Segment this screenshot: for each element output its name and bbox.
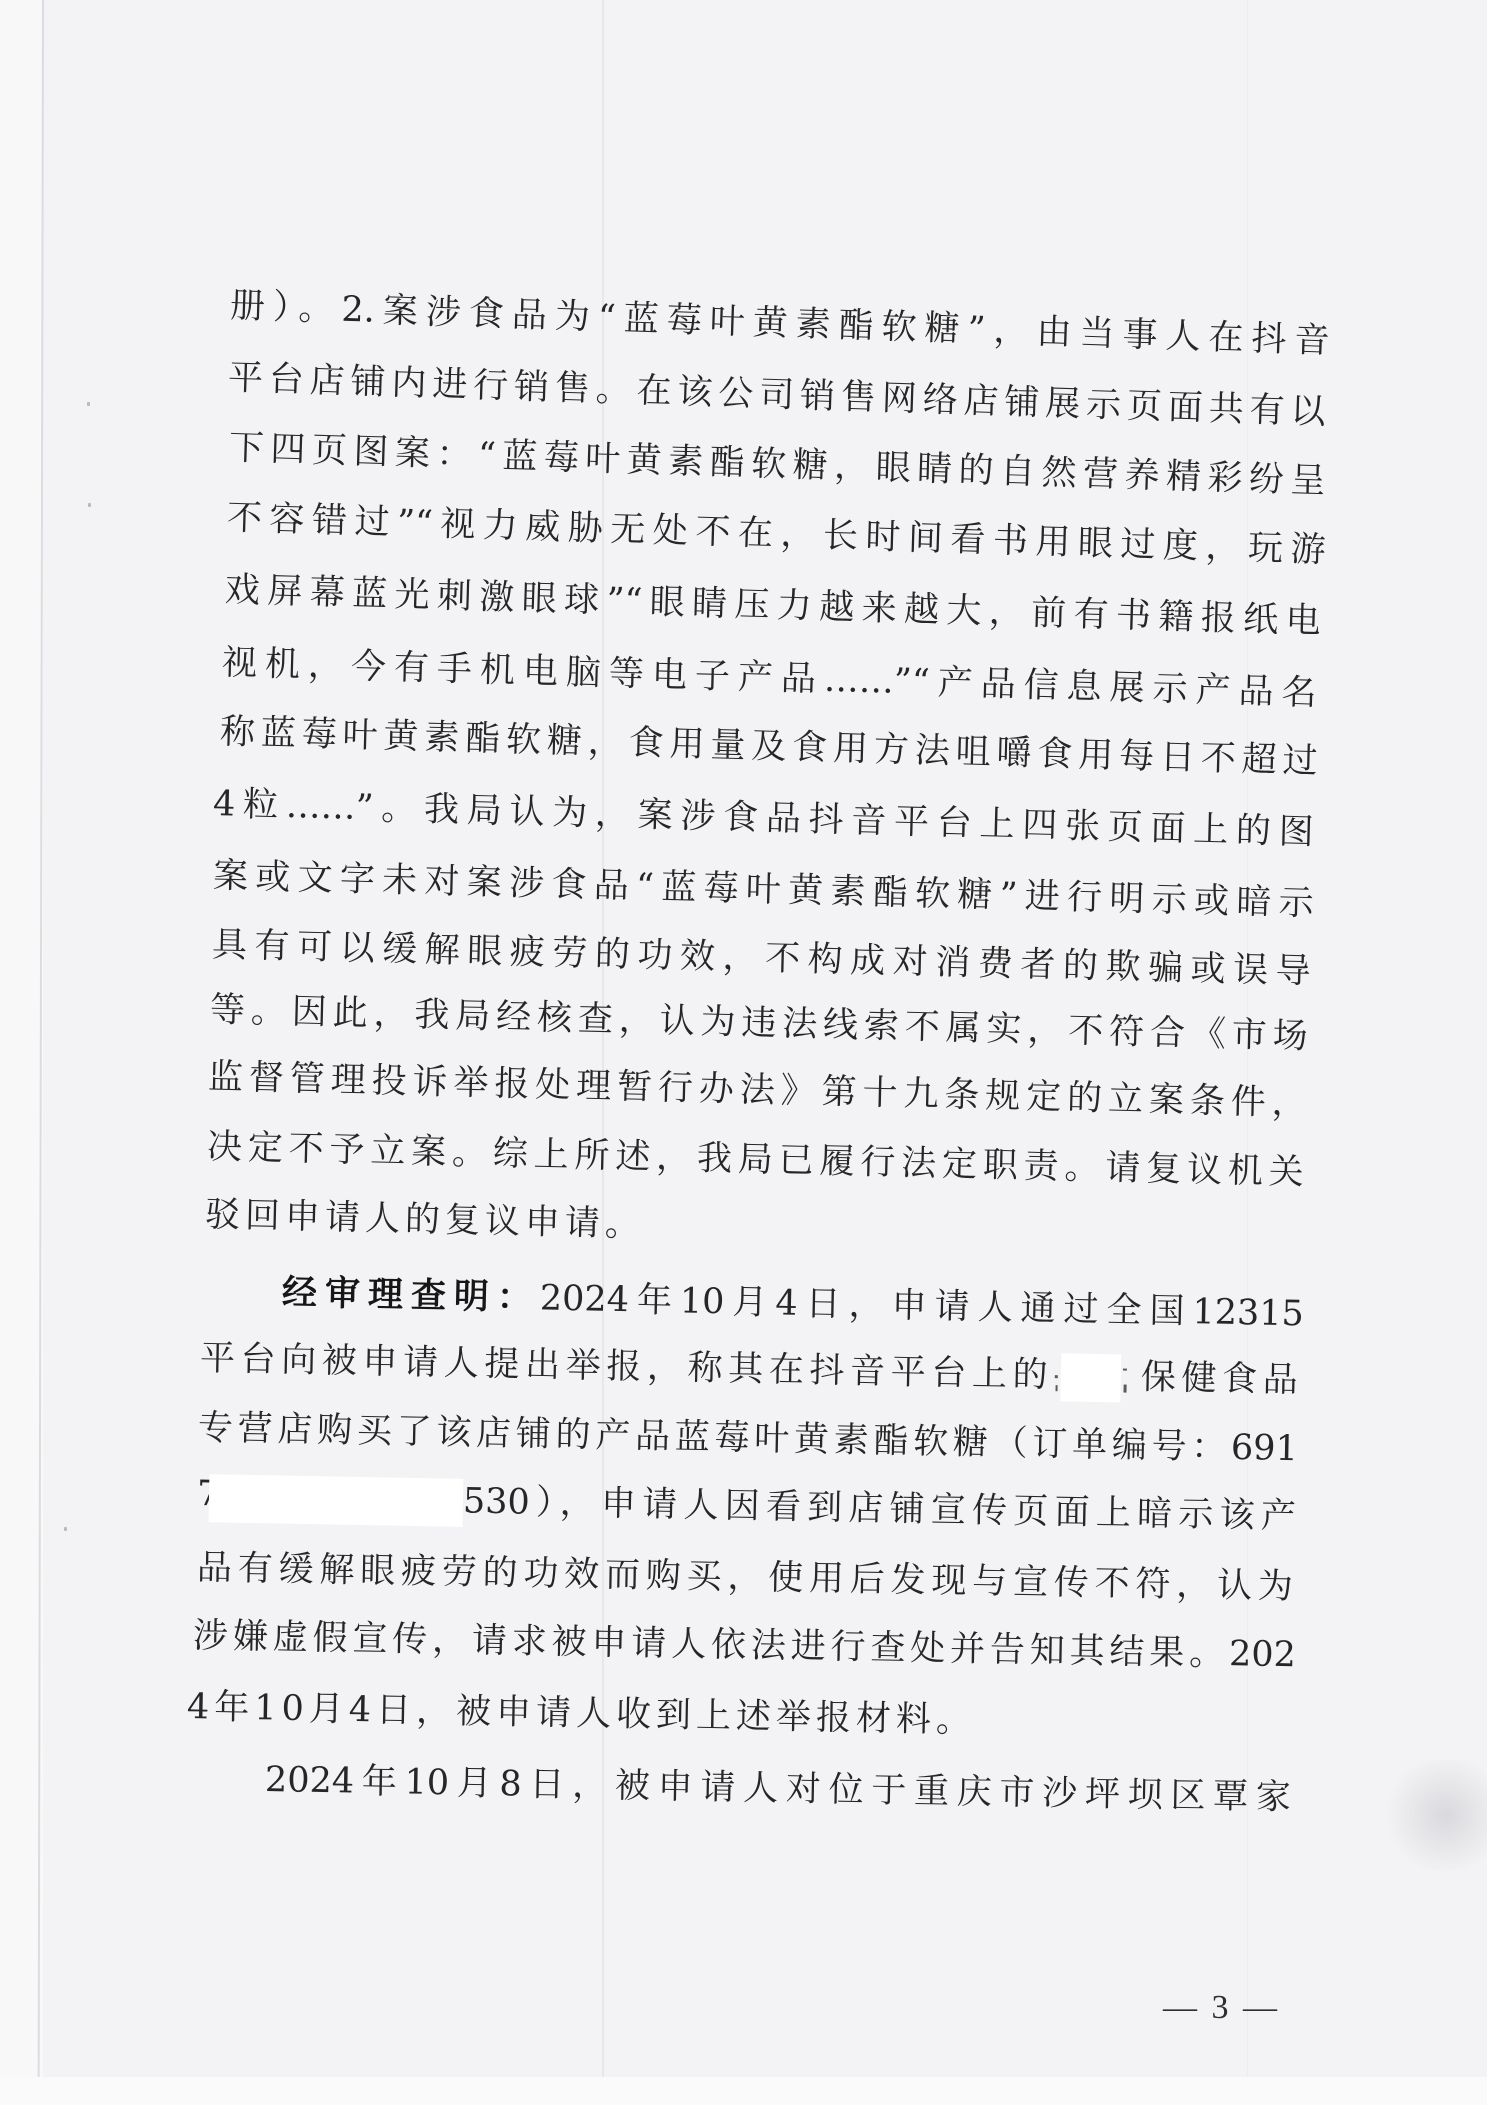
redaction-fragment: [1056, 1385, 1058, 1391]
order-number-redacted: 7: [197, 1474, 464, 1527]
text-line: 等。因此，我局经核查，认为违法线索不属实，不符合《市场: [209, 988, 1308, 1059]
text-line: 4年10月4日，被申请人收到上述举报材料。: [187, 1685, 1088, 1745]
scan-speck: [88, 503, 91, 507]
text-run: 平台向被申请人提出举报，称其在抖音平台上的: [200, 1339, 1054, 1396]
text-line: 册）。2.案涉食品为“蓝莓叶黄素酯软糖”，由当事人在抖音: [229, 284, 1330, 363]
text-line: 监督管理投诉举报处理暂行办法》第十九条规定的立案条件，: [207, 1055, 1307, 1126]
redaction-fragment: [1124, 1385, 1127, 1393]
text-line: 专营店购买了该店铺的产品蓝莓叶黄素酯软糖（订单编号：691: [198, 1406, 1299, 1471]
scan-smudge: [1380, 1760, 1487, 1870]
document-page: 册）。2.案涉食品为“蓝莓叶黄素酯软糖”，由当事人在抖音 平台店铺内进行销售。在…: [0, 0, 1487, 2105]
text-line: 2024年10月8日，被申请人对位于重庆市沙坪坝区覃家: [265, 1758, 1292, 1820]
text-line: 7530），申请人因看到店铺宣传页面上暗示该产: [197, 1474, 1297, 1538]
text-line: 下四页图案：“蓝莓叶黄素酯软糖，眼睛的自然营养精彩纷呈: [228, 426, 1326, 503]
text-run: 2024年10月4日，申请人通过全国12315: [539, 1278, 1304, 1334]
text-line: 品有缓解眼疲劳的功效而购买，使用后发现与宣传不符，认为: [197, 1546, 1294, 1609]
text-line: 戏屏幕蓝光刺激眼球”“眼睛压力越来越大，前有书籍报纸电: [224, 568, 1321, 644]
text-line: 涉嫌虚假宣传，请求被申请人依法进行查处并告知其结果。202: [193, 1614, 1297, 1677]
text-line: 视机，今有手机电脑等电子产品……”“产品信息展示产品名: [221, 641, 1317, 716]
text-line: 平台向被申请人提出举报，称其在抖音平台上的保健食品: [200, 1336, 1299, 1402]
section-lead-bold: 经审理查明：: [282, 1273, 541, 1318]
text-line: 称蓝莓叶黄素酯软糖，食用量及食用方法咀嚼食用每日不超过: [219, 710, 1318, 784]
text-line: 经审理查明：2024年10月4日，申请人通过全国12315: [282, 1271, 1305, 1336]
text-line: 不容错过”“视力威胁无处不在，长时间看书用眼过度，玩游: [226, 496, 1326, 573]
text-line: 驳回申请人的复议申请。: [205, 1193, 906, 1253]
text-line: 4粒……”。我局认为，案涉食品抖音平台上四张页面上的图: [212, 782, 1314, 855]
scan-speck: [64, 1527, 67, 1531]
page-number: — 3 —: [1163, 1988, 1280, 2028]
scan-bottom-strip: [0, 2077, 1487, 2105]
redaction: [1053, 1353, 1136, 1403]
text-line: 平台店铺内进行销售。在该公司销售网络店铺展示页面共有以: [227, 356, 1326, 434]
text-run: 保健食品: [1135, 1357, 1298, 1400]
text-line: 决定不予立案。综上所述，我局已履行法定职责。请复议机关: [206, 1125, 1304, 1195]
scan-speck: [87, 402, 90, 406]
redaction-fragment: [1123, 1369, 1127, 1371]
scan-margin-strip: [0, 0, 43, 2105]
text-line: 案或文字未对案涉食品“蓝莓叶黄素酯软糖”进行明示或暗示: [212, 854, 1314, 926]
text-run: 530），申请人因看到店铺宣传页面上暗示该产: [463, 1481, 1297, 1536]
redaction-box: [1061, 1353, 1122, 1402]
redaction-fragment: [1055, 1375, 1058, 1378]
redaction-box: [209, 1474, 464, 1527]
text-line: 具有可以缓解眼疲劳的功效，不构成对消费者的欺骗或误导: [211, 923, 1311, 994]
